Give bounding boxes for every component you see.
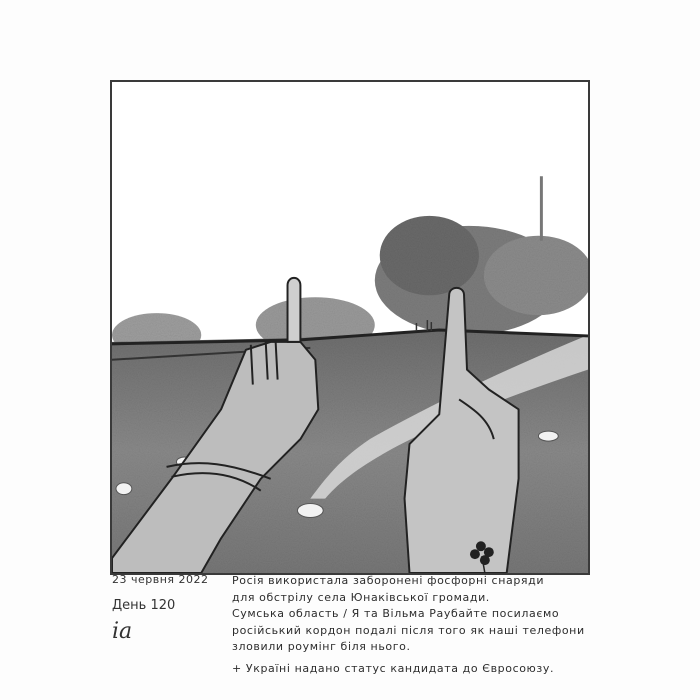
caption-line: для обстрілу села Юнаківської громади.	[232, 590, 652, 607]
caption-line: російський кордон подалі після того як н…	[232, 623, 652, 640]
sketch-illustration	[110, 80, 590, 575]
sketch-drawing	[112, 82, 588, 573]
entry-date: 23 червня 2022	[112, 573, 227, 586]
entry-day: День 120	[112, 598, 227, 613]
caption-line: Сумська область / Я та Вільма Раубайте п…	[232, 606, 652, 623]
caption-line: зловили роумінг біля нього.	[232, 639, 652, 656]
journal-meta: 23 червня 2022 День 120 ia	[112, 573, 227, 644]
journal-caption: Росія використала заборонені фосфорні сн…	[232, 573, 652, 677]
artist-signature: ia	[112, 619, 227, 644]
caption-line: Росія використала заборонені фосфорні сн…	[232, 573, 652, 590]
caption-extra-note: + Україні надано статус кандидата до Євр…	[232, 661, 652, 678]
